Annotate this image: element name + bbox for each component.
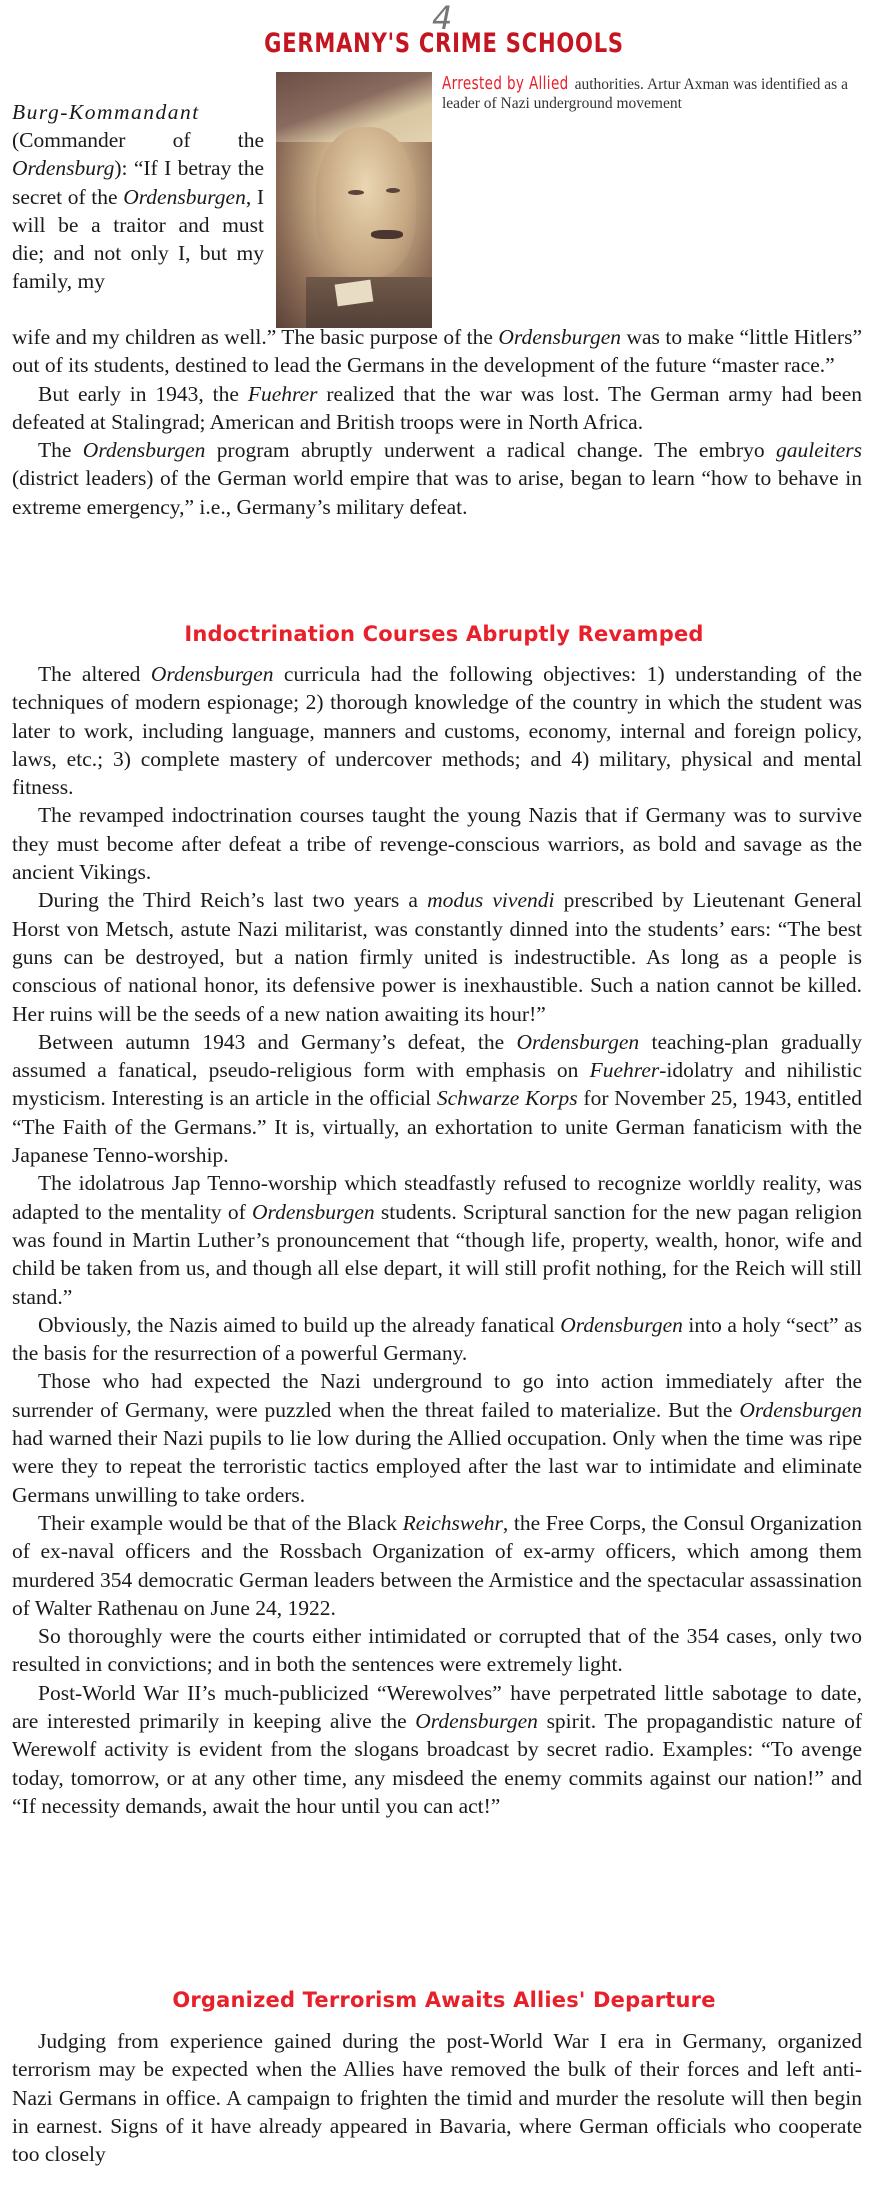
section-2: The altered Ordensburgen curricula had t… xyxy=(12,660,862,1820)
text: Between autumn 1943 and Germany’s defeat… xyxy=(38,1030,517,1054)
text: Their example would be that of the Black xyxy=(38,1511,403,1535)
paragraph: Post-World War II’s much-publicized “Wer… xyxy=(12,1679,862,1820)
text: (district leaders) of the German world e… xyxy=(12,466,862,518)
portrait-photo xyxy=(276,72,432,328)
italic-text: Ordensburgen xyxy=(517,1030,640,1054)
paragraph: The altered Ordensburgen curricula had t… xyxy=(12,660,862,801)
paragraph: Those who had expected the Nazi undergro… xyxy=(12,1367,862,1508)
paragraph: The idolatrous Jap Tenno-worship which s… xyxy=(12,1169,862,1310)
paragraph: During the Third Reich’s last two years … xyxy=(12,886,862,1027)
italic-text: gauleiters xyxy=(776,438,862,462)
italic-text: Ordensburgen xyxy=(83,438,206,462)
text: The altered xyxy=(38,662,151,686)
text: Obviously, the Nazis aimed to build up t… xyxy=(38,1313,560,1337)
photo-eye xyxy=(348,190,364,195)
italic-text: Fuehrer xyxy=(248,382,318,406)
photo-eye xyxy=(386,188,400,193)
text: During the Third Reich’s last two years … xyxy=(38,888,427,912)
italic-text: Ordensburgen xyxy=(151,662,274,686)
caption-lead: Arrested by Allied xyxy=(442,74,569,93)
paragraph: wife and my children as well.” The basic… xyxy=(12,323,862,380)
paragraph: Between autumn 1943 and Germany’s defeat… xyxy=(12,1028,862,1169)
italic-text: modus vivendi xyxy=(427,888,554,912)
text: So thoroughly were the courts either int… xyxy=(12,1624,862,1676)
italic-text: Schwarze Korps xyxy=(437,1086,578,1110)
intro-paragraph: Burg-Kommandant (Commander of the Ordens… xyxy=(12,98,264,295)
italic-text: Fuehrer xyxy=(590,1058,660,1082)
intro-ordensburgen: Ordensburgen xyxy=(123,185,246,209)
photo-mustache xyxy=(371,230,403,239)
photo-face xyxy=(316,127,416,277)
paragraph: Obviously, the Nazis aimed to build up t… xyxy=(12,1311,862,1368)
italic-text: Ordensburgen xyxy=(560,1313,683,1337)
text: The revamped indoctrination courses taug… xyxy=(12,803,862,884)
section-3: Judging from experience gained during th… xyxy=(12,2027,862,2168)
paragraph: The Ordensburgen program abruptly underw… xyxy=(12,436,862,521)
subheading-organized-terrorism: Organized Terrorism Awaits Allies' Depar… xyxy=(0,1988,888,2012)
text: wife and my children as well.” The basic… xyxy=(12,325,498,349)
text: program abruptly underwent a radical cha… xyxy=(205,438,776,462)
paragraph: Judging from experience gained during th… xyxy=(12,2027,862,2168)
italic-text: Ordensburgen xyxy=(739,1398,862,1422)
text: The xyxy=(38,438,83,462)
subheading-indoctrination: Indoctrination Courses Abruptly Revamped xyxy=(0,622,888,646)
article-title: GERMANY'S CRIME SCHOOLS xyxy=(98,28,791,59)
italic-text: Ordensburgen xyxy=(415,1709,538,1733)
photo-caption: Arrested by Allied authorities. Artur Ax… xyxy=(442,74,872,113)
paragraph: But early in 1943, the Fuehrer realized … xyxy=(12,380,862,437)
text: had warned their Nazi pupils to lie low … xyxy=(12,1426,862,1507)
intro-kommandant: Burg-Kommandant xyxy=(12,100,200,124)
text: Those who had expected the Nazi undergro… xyxy=(12,1369,862,1421)
paragraph: Their example would be that of the Black… xyxy=(12,1509,862,1622)
italic-text: Ordensburgen xyxy=(498,325,621,349)
intro-text-1: (Commander of the xyxy=(12,128,264,152)
italic-text: Ordensburgen xyxy=(252,1200,375,1224)
text: Judging from experience gained during th… xyxy=(12,2029,862,2166)
paragraph: So thoroughly were the courts either int… xyxy=(12,1622,862,1679)
section-1: wife and my children as well.” The basic… xyxy=(12,323,862,521)
text: But early in 1943, the xyxy=(38,382,248,406)
intro-ordensburg: Ordensburg xyxy=(12,156,114,180)
paragraph: The revamped indoctrination courses taug… xyxy=(12,801,862,886)
italic-text: Reichswehr xyxy=(403,1511,503,1535)
